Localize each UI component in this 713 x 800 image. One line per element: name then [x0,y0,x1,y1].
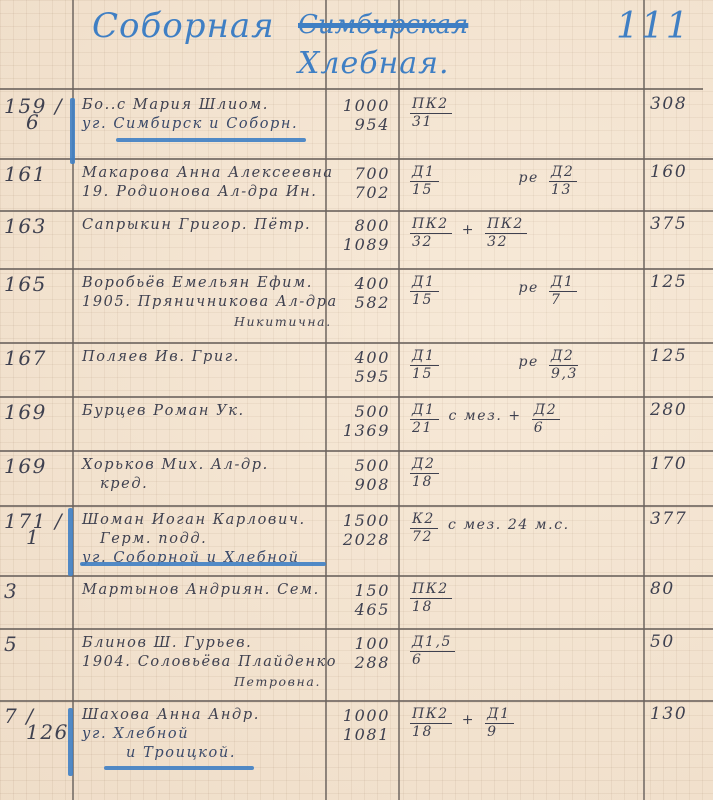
area-actual: 465 [330,600,390,619]
room-classification: Д115реД17 [410,274,640,309]
area-values: 8001089 [330,216,390,254]
assessed-value: 80 [650,579,706,599]
area-declared: 1500 [330,511,390,530]
owner-name: Бурцев Роман Ук. [82,402,245,421]
room-type: Д1 [549,274,578,292]
area-actual: 954 [330,115,390,134]
page-number: 111 [616,6,691,47]
area-values: 150465 [330,581,390,619]
room-type: Д1 [410,274,439,292]
owner-name-line: Шоман Иоган Карлович. [82,511,306,530]
area-actual: 288 [330,653,390,672]
blue-margin-mark [68,508,73,576]
area-values: 1000954 [330,96,390,134]
owner-name-line: Хорьков Мих. Ал-др. [82,456,269,475]
house-number: 169 [4,454,70,478]
house-number-main: 167 [4,346,70,370]
house-number-main: 3 [4,579,70,603]
room-fraction: Д115 [410,164,439,199]
room-type: К2 [410,511,438,529]
area-declared: 800 [330,216,390,235]
owner-name-line: Бурцев Роман Ук. [82,402,245,421]
area-declared: 1000 [330,96,390,115]
area-values: 15002028 [330,511,390,549]
room-fraction: Д218 [410,456,439,491]
house-number-main: 161 [4,162,70,186]
room-type: ПК2 [410,96,452,114]
blue-underline [116,138,306,142]
house-number-main: 5 [4,632,70,656]
room-fraction: Д26 [532,402,561,437]
assessed-value: 50 [650,632,706,652]
area-actual: 702 [330,183,390,202]
owner-name-line: Никитична. [82,312,338,331]
room-classification: ПК218 [410,581,640,616]
house-number: 161 [4,162,70,186]
room-type: Д1 [410,164,439,182]
owner-name-line: 19. Родионова Ал-дра Ин. [82,183,334,202]
owner-name-line: Сапрыкин Григор. Пётр. [82,216,311,235]
table-row: 7 /126Шахова Анна Андр.уг. Хлебнойи Трои… [0,700,713,800]
room-type: Д2 [532,402,561,420]
room-fraction: Д115 [410,348,439,383]
owner-name-line: Макарова Анна Алексеевна [82,164,334,183]
room-count: 9 [485,724,514,741]
house-number: 159 /6 [4,94,70,134]
table-row: 161Макарова Анна Алексеевна19. Родионова… [0,158,713,210]
owner-name-line: и Троицкой. [82,744,260,763]
owner-name-line: Поляев Ив. Григ. [82,348,240,367]
table-row: 169Хорьков Мих. Ал-др.кред.500908Д218170 [0,450,713,505]
room-fraction: Д115 [410,274,439,309]
house-number: 5 [4,632,70,656]
owner-name: Бо..с Мария Шлиом.уг. Симбирск и Соборн. [82,96,298,134]
room-fraction: Д17 [549,274,578,309]
room-type: ПК2 [410,581,452,599]
owner-name: Сапрыкин Григор. Пётр. [82,216,311,235]
owner-name-line: Петровна. [82,672,337,691]
room-classification: К272с мез. 24 м.с. [410,511,640,546]
area-declared: 100 [330,634,390,653]
area-values: 100288 [330,634,390,672]
owner-name: Шахова Анна Андр.уг. Хлебнойи Троицкой. [82,706,260,763]
owner-name: Мартынов Андриян. Сем. [82,581,320,600]
room-type: Д1,5 [410,634,455,652]
owner-name-line: Герм. подд. [82,530,306,549]
room-count: 15 [410,366,439,383]
area-actual: 2028 [330,530,390,549]
room-count: 15 [410,292,439,309]
assessed-value: 125 [650,346,706,366]
room-count: 13 [549,182,578,199]
area-actual: 582 [330,293,390,312]
room-count: 31 [410,114,452,131]
owner-name-line: 1905. Пряничникова Ал-дра [82,293,338,312]
room-fraction: Д1,56 [410,634,455,669]
owner-name: Блинов Ш. Гурьев.1904. Соловьёва Плайден… [82,634,337,691]
room-fraction: Д121 [410,402,439,437]
owner-name: Хорьков Мих. Ал-др.кред. [82,456,269,494]
house-number-main: 163 [4,214,70,238]
room-note: с мез. 24 м.с. [448,517,570,533]
room-classification: Д1,56 [410,634,640,669]
house-number: 171 /1 [4,509,70,549]
room-type: Д1 [410,348,439,366]
room-classification: Д115реД29,3 [410,348,640,383]
area-declared: 400 [330,348,390,367]
room-classification: Д121с мез. +Д26 [410,402,640,437]
room-connector: + [462,222,475,238]
room-count: 18 [410,474,439,491]
room-type: Д1 [485,706,514,724]
street-title: Соборная [92,6,275,46]
room-fraction: ПК218 [410,581,452,616]
house-number-main: 169 [4,454,70,478]
table-row: 163Сапрыкин Григор. Пётр.8001089ПК232+ПК… [0,210,713,268]
blue-margin-mark [68,708,73,776]
house-number-main: 169 [4,400,70,424]
room-fraction: Д29,3 [549,348,578,383]
room-classification: ПК218+Д19 [410,706,640,741]
owner-name: Воробьёв Емельян Ефим.1905. Пряничникова… [82,274,338,331]
assessed-value: 160 [650,162,706,182]
replacement-street-title: Хлебная. [298,46,450,81]
room-connector: ре [519,170,539,186]
room-fraction: ПК231 [410,96,452,131]
area-actual: 1089 [330,235,390,254]
area-values: 700702 [330,164,390,202]
house-number: 165 [4,272,70,296]
room-type: ПК2 [410,216,452,234]
room-fraction: Д213 [549,164,578,199]
house-number: 3 [4,579,70,603]
area-values: 5001369 [330,402,390,440]
table-row: 169Бурцев Роман Ук.5001369Д121с мез. +Д2… [0,396,713,450]
area-values: 400595 [330,348,390,386]
area-values: 10001081 [330,706,390,744]
room-count: 6 [410,652,455,669]
room-type: Д2 [549,348,578,366]
house-number: 167 [4,346,70,370]
owner-name-line: Шахова Анна Андр. [82,706,260,725]
owner-name-line: кред. [82,475,269,494]
assessed-value: 308 [650,94,706,114]
area-declared: 500 [330,402,390,421]
room-count: 15 [410,182,439,199]
room-connector: с мез. + [449,408,522,424]
area-declared: 700 [330,164,390,183]
room-classification: Д218 [410,456,640,491]
room-count: 32 [410,234,452,251]
area-values: 500908 [330,456,390,494]
room-fraction: Д19 [485,706,514,741]
owner-name: Шоман Иоган Карлович.Герм. подд.уг. Собо… [82,511,306,568]
room-classification: ПК231 [410,96,640,131]
room-count: 21 [410,420,439,437]
blue-underline [80,562,326,566]
area-actual: 1369 [330,421,390,440]
room-count: 32 [485,234,527,251]
table-row: 5Блинов Ш. Гурьев.1904. Соловьёва Плайде… [0,628,713,700]
area-values: 400582 [330,274,390,312]
room-fraction: ПК232 [485,216,527,251]
house-number: 7 /126 [4,704,70,744]
owner-name-line: 1904. Соловьёва Плайденко [82,653,337,672]
owner-name: Макарова Анна Алексеевна19. Родионова Ал… [82,164,334,202]
room-count: 72 [410,529,438,546]
blue-margin-mark [70,98,75,164]
room-classification: Д115реД213 [410,164,640,199]
assessed-value: 130 [650,704,706,724]
area-actual: 908 [330,475,390,494]
table-row: 159 /6Бо..с Мария Шлиом.уг. Симбирск и С… [0,90,713,158]
room-fraction: ПК218 [410,706,452,741]
owner-name-line: уг. Симбирск и Соборн. [82,115,298,134]
assessed-value: 170 [650,454,706,474]
room-count: 7 [549,292,578,309]
room-classification: ПК232+ПК232 [410,216,640,251]
owner-name-line: Мартынов Андриян. Сем. [82,581,320,600]
assessed-value: 377 [650,509,706,529]
room-count: 9,3 [549,366,578,383]
table-row: 165Воробьёв Емельян Ефим.1905. Пряничник… [0,268,713,342]
area-actual: 1081 [330,725,390,744]
assessed-value: 375 [650,214,706,234]
house-number-main: 165 [4,272,70,296]
house-number: 163 [4,214,70,238]
room-type: ПК2 [485,216,527,234]
owner-name: Поляев Ив. Григ. [82,348,240,367]
room-count: 6 [532,420,561,437]
area-declared: 400 [330,274,390,293]
room-type: Д1 [410,402,439,420]
room-count: 18 [410,724,452,741]
owner-name-line: Воробьёв Емельян Ефим. [82,274,338,293]
assessed-value: 280 [650,400,706,420]
assessed-value: 125 [650,272,706,292]
blue-underline [104,766,254,770]
owner-name-line: уг. Хлебной [82,725,260,744]
owner-name-line: Бо..с Мария Шлиом. [82,96,298,115]
area-declared: 1000 [330,706,390,725]
room-type: ПК2 [410,706,452,724]
room-connector: + [462,712,475,728]
room-connector: ре [519,280,539,296]
table-row: 167Поляев Ив. Григ.400595Д115реД29,3125 [0,342,713,396]
struck-street-title: Симбирская [298,10,468,40]
table-row: 3Мартынов Андриян. Сем.150465ПК21880 [0,575,713,628]
area-declared: 150 [330,581,390,600]
room-connector: ре [519,354,539,370]
room-fraction: ПК232 [410,216,452,251]
room-type: Д2 [549,164,578,182]
room-count: 18 [410,599,452,616]
area-actual: 595 [330,367,390,386]
room-type: Д2 [410,456,439,474]
house-number: 169 [4,400,70,424]
room-fraction: К272 [410,511,438,546]
owner-name-line: Блинов Ш. Гурьев. [82,634,337,653]
area-declared: 500 [330,456,390,475]
